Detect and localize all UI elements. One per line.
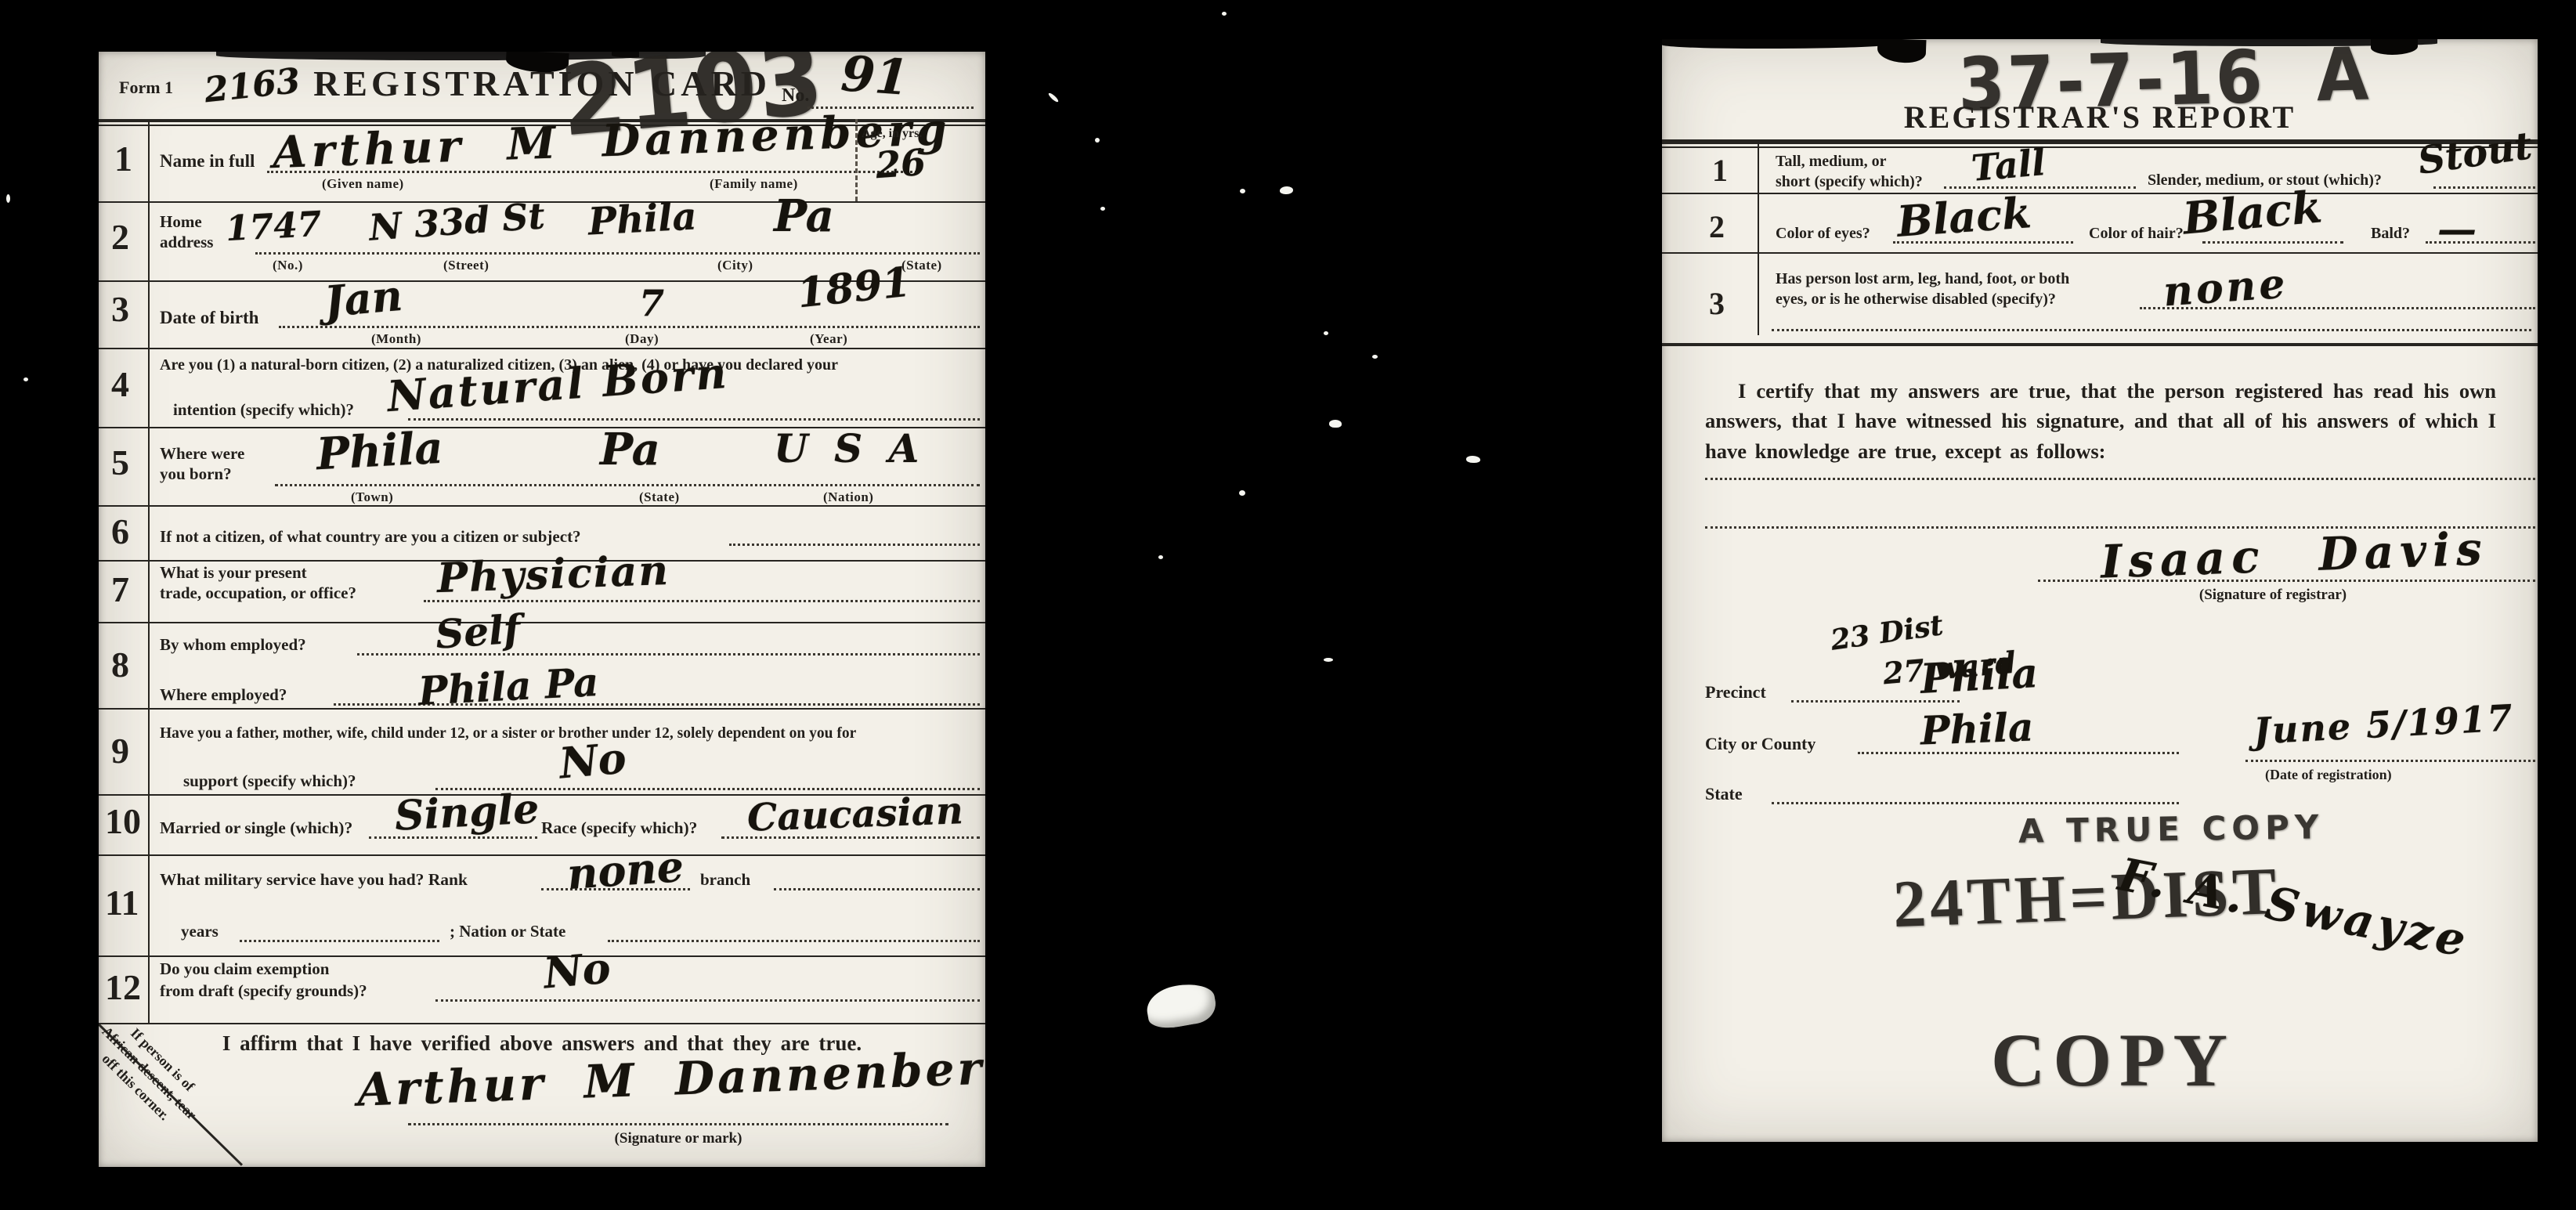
signature-label: (Signature or mark) [506,1131,851,1147]
precinct-value-line1: 23 Dist [1829,611,1945,655]
dob-label: Date of birth [160,309,258,328]
state-label: State [1705,785,1743,804]
row-number: 2 [1709,210,1725,244]
dust-speck [1240,189,1245,193]
registrars-report-card: 37-7-16 A REGISTRAR'S REPORT 1 Tall, med… [1662,39,2538,1142]
bald-label: Bald? [2371,226,2410,243]
row-number: 6 [111,512,129,551]
dob-month-handwritten: Jan [323,274,404,323]
born-town-handwritten: Phila [316,426,444,476]
row-number: 12 [105,968,141,1007]
age-value-handwritten: 26 [874,144,927,183]
dust-speck [1222,12,1227,16]
day-sublabel: (Day) [625,332,659,346]
dob-dotted-line [279,326,980,328]
no-sublabel: (No.) [273,258,303,273]
registrar-signature: Isaac Davis [2100,526,2488,584]
paper-fragment [1143,980,1219,1031]
city-dotted-line [1858,752,2179,754]
dob-year-handwritten: 1891 [796,262,912,315]
row-number: 2 [111,218,129,257]
exemption-label-line1: Do you claim exemption [160,960,329,978]
name-label: Name in full [160,152,255,172]
dust-speck [1239,490,1245,496]
torn-edge [1877,39,1926,63]
address-state-handwritten: Pa [774,194,834,238]
rank-answer-handwritten: none [565,845,685,895]
family-name-sublabel: (Family name) [710,177,798,191]
hair-answer-handwritten: Black [2181,185,2324,240]
branch-label: branch [700,871,750,889]
state-value: Phila [1920,707,2034,750]
height-label-line2: short (specify which)? [1776,174,1923,191]
nation-or-state-label: ; Nation or State [450,923,565,941]
employed-where-handwritten: Phila Pa [417,663,600,711]
disability-label-line2: eyes, or is he otherwise disabled (speci… [1776,291,2056,309]
section-rule [1662,343,2538,346]
years-dotted-line [240,940,439,942]
row-divider [99,622,985,623]
dust-speck [1324,331,1328,335]
number-column-line [148,119,150,1023]
dust-speck [1372,355,1378,359]
height-label-line1: Tall, medium, or [1776,154,1887,171]
address-city-handwritten: Phila [587,197,698,240]
dust-speck [1466,456,1480,463]
exemption-dotted-line [435,999,980,1002]
torn-edge [2371,39,2418,55]
scan-background: Form 1 2163 REGISTRATION CARD 2103 No. 9… [0,0,2576,1210]
copy-stamp: COPY [1991,1017,2235,1103]
given-name-sublabel: (Given name) [322,177,404,191]
signature-dotted-line [408,1123,948,1125]
dust-speck [1100,207,1105,211]
dust-speck [1095,138,1100,143]
row-divider [1662,193,2538,194]
not-citizen-dotted-line [729,544,980,546]
row-divider [1662,252,2538,254]
date-dotted-line [2245,760,2535,762]
race-answer-handwritten: Caucasian [746,792,963,837]
row-number: 11 [105,883,139,923]
citizenship-question-line2: intention (specify which)? [173,401,354,419]
address-street-handwritten: N 33d St [368,197,546,246]
row-number: 8 [111,645,129,684]
row-divider [99,1023,985,1024]
exemption-label-line2: from draft (specify grounds)? [160,982,367,1000]
name-answer-handwritten: Arthur M Dannenberg [272,107,952,175]
dob-day-handwritten: 7 [639,285,664,321]
age-column-line [855,119,858,201]
row-number: 1 [1712,154,1728,187]
row-divider [99,505,985,507]
official-signature: F. A. Swayze [2115,851,2473,964]
registrar-signature-dotted-line [2038,580,2535,582]
born-nation-handwritten: U S A [774,429,925,468]
report-title: REGISTRAR'S REPORT [1662,100,2538,134]
employed-where-label: Where employed? [160,686,287,704]
address-no-handwritten: 1747 [225,208,323,247]
nation-sublabel: (Nation) [823,490,873,504]
eyes-label: Color of eyes? [1776,226,1870,243]
no-label: No. [782,86,809,107]
year-sublabel: (Year) [810,332,847,346]
dependents-question-line1: Have you a father, mother, wife, child u… [160,725,856,742]
disability-label-line1: Has person lost arm, leg, hand, foot, or… [1776,271,2069,288]
date-value: June 5/1917 [2253,699,2515,749]
address-dotted-line [255,252,980,255]
registration-card: Form 1 2163 REGISTRATION CARD 2103 No. 9… [99,52,985,1167]
trade-label-line2: trade, occupation, or office? [160,584,356,602]
married-label: Married or single (which)? [160,819,352,837]
eyes-answer-handwritten: Black [1895,191,2032,243]
height-answer-handwritten: Tall [1970,144,2047,186]
married-answer-handwritten: Single [394,789,540,837]
dust-speck [1047,92,1059,103]
address-label: address [160,233,213,251]
row3-dotted-line [1772,329,2531,331]
build-answer-handwritten: Stout [2415,127,2534,180]
bald-answer-handwritten: — [2437,210,2477,249]
row-divider [99,854,985,856]
born-label-line2: you born? [160,465,232,483]
number-column-line [1758,139,1759,335]
city-value: Phila [1920,653,2039,700]
dust-speck [1280,186,1293,194]
build-dotted-line [2433,186,2535,189]
trade-label-line1: What is your present [160,564,307,582]
row-divider [99,348,985,349]
dust-speck [1324,658,1333,662]
home-label: Home [160,213,202,231]
state-sublabel: (State) [639,490,680,504]
row-number: 7 [111,570,129,609]
born-state-handwritten: Pa [600,428,660,471]
row-number: 4 [111,365,129,404]
registrar-signature-label: (Signature of registrar) [2101,587,2445,604]
trade-dotted-line [424,600,980,602]
exception-line-1 [1705,478,2535,480]
city-sublabel: (City) [717,258,753,273]
city-label: City or County [1705,735,1815,753]
disability-answer-handwritten: none [2162,264,2289,313]
row-number: 10 [105,802,141,841]
certification-text: I certify that my answers are true, that… [1705,376,2496,466]
age-label: Age, in yrs. [862,127,922,140]
no-value-handwritten: 91 [840,52,910,103]
race-label: Race (specify which)? [541,819,697,837]
dependents-answer-handwritten: No [558,736,628,784]
exemption-answer-handwritten: No [542,946,612,994]
citizenship-dotted-line [408,418,980,421]
street-sublabel: (Street) [443,258,489,273]
not-citizen-question: If not a citizen, of what country are yo… [160,528,581,546]
dust-speck [1158,555,1163,559]
born-label-line1: Where were [160,445,244,463]
dust-speck [1329,420,1342,428]
header-rule-thin [1662,146,2538,148]
dust-speck [23,377,28,381]
nation-or-state-dotted-line [608,940,980,942]
born-dotted-line [275,484,980,486]
true-copy-stamp: A TRUE COPY [2018,807,2325,850]
corner-note: If person is of African descent, tear of… [99,1008,215,1140]
dust-speck [6,194,10,203]
row-divider [99,708,985,710]
dependents-question-line2: support (specify which)? [183,772,356,790]
row-number: 9 [111,731,129,771]
employed-by-label: By whom employed? [160,636,306,654]
state-dotted-line [1772,802,2179,804]
month-sublabel: (Month) [371,332,421,346]
torn-edge [1662,39,1897,49]
precinct-label: Precinct [1705,683,1766,702]
row-number: 5 [111,443,129,482]
header-rule [1662,139,2538,144]
employed-by-handwritten: Self [434,609,522,654]
row-number: 3 [111,290,129,329]
branch-dotted-line [774,888,980,890]
hair-label: Color of hair? [2089,226,2184,243]
town-sublabel: (Town) [351,490,393,504]
years-label: years [181,923,219,941]
row-number: 3 [1709,287,1725,320]
military-label: What military service have you had? Rank [160,871,468,889]
date-label: (Date of registration) [2265,768,2392,782]
row-number: 1 [114,139,132,179]
trade-answer-handwritten: Physician [436,551,670,599]
hair-dotted-line [2202,241,2343,244]
